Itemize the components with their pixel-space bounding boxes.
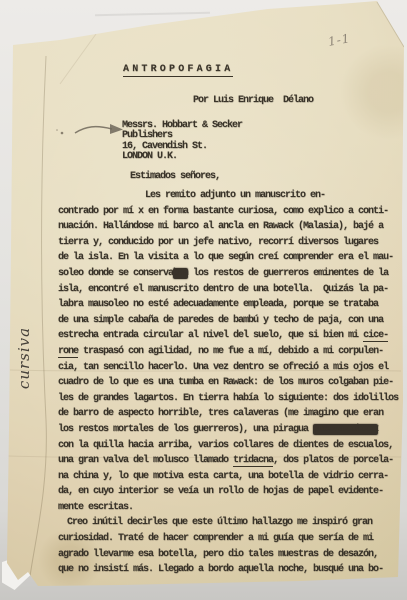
letter-line: agrado llevarme esa botella, pero dio ta…	[58, 547, 403, 563]
letter-line: tierra y, conducido por un jefe nativo, …	[58, 235, 403, 251]
letter-page: 1-1 ANTROPOFAGIA Por Luis Enrique Délano…	[0, 0, 407, 600]
letter-line: na china y, lo que motiva esta carta, un…	[58, 469, 403, 485]
text-segment: los restos de guerreros eminentes de la	[188, 268, 388, 279]
text-segment: de una simple cabaña de paredes de bambú…	[58, 315, 383, 326]
text-segment: cuadro de lo que es una tumba en Rawack:…	[58, 377, 393, 388]
letter-line: Creo inútil decirles que este último hal…	[58, 515, 403, 531]
scan-artifact-line	[95, 12, 210, 16]
text-segment: tierra y, conducido por un jefe nativo, …	[58, 237, 378, 248]
underlined-word: rone	[58, 346, 78, 358]
text-segment: nuación. Hallándose mi barco al ancla en…	[58, 221, 383, 232]
text-segment: na china y, lo que motiva esta carta, un…	[58, 471, 388, 482]
letter-line: estrecha entrada circular al nivel del s…	[58, 328, 403, 344]
text-segment: de la isla. En la visita a lo que según …	[58, 252, 393, 263]
letter-line: da, en cuyo interior se veía un rollo de…	[58, 484, 403, 500]
text-segment: les de grandes lagartos. En tierra había…	[58, 393, 398, 404]
inked-out-word: puestaxxdxxxx	[313, 424, 378, 435]
text-segment: traspasó con agilidad, no me fue a mí, d…	[78, 346, 383, 357]
underlined-word: tridacna	[233, 455, 273, 467]
margin-note-cursiva: cursiva	[15, 310, 33, 406]
letter-line: una gran valva del molusco llamado trida…	[58, 453, 403, 469]
letter-line: les de grandes lagartos. En tierra había…	[58, 391, 403, 407]
text-segment: curiosidad. Traté de hacer comprender a …	[58, 533, 373, 544]
letter-line: soleo donde se conservaban los restos de…	[58, 266, 403, 282]
letter-line: con la quilla hacia arriba, varios colla…	[58, 438, 403, 454]
text-segment: con la quilla hacia arriba, varios colla…	[58, 440, 393, 451]
letter-line: Les remito adjunto un manuscrito en-	[58, 188, 403, 204]
text-segment: Creo inútil decirles que este último hal…	[67, 517, 372, 528]
text-segment: Les remito adjunto un manuscrito en-	[145, 190, 325, 201]
letter-line: de la isla. En la visita a lo que según …	[58, 250, 403, 266]
recipient-address: Messrs. Hobbart & SeckerPublishers16, Ca…	[122, 121, 242, 163]
letter-line: que no insistí más. Llegado a bordo aque…	[58, 562, 403, 578]
text-segment: labra mausoleo no esté adecuadamente emp…	[58, 299, 378, 310]
letter-line: los restos mortales de los guerreros), u…	[58, 422, 403, 438]
text-segment: cia, tan sencillo hacerlo. Una vez dentr…	[58, 362, 388, 373]
letter-body: Les remito adjunto un manuscrito en-cont…	[58, 188, 403, 578]
letter-title: ANTROPOFAGIA	[123, 64, 233, 77]
letter-line: rone traspasó con agilidad, no me fue a …	[58, 344, 403, 360]
letter-line: cia, tan sencillo hacerlo. Una vez dentr…	[58, 360, 403, 376]
text-segment: los restos mortales de los guerreros), u…	[58, 424, 313, 435]
inked-out-word: ban	[173, 268, 188, 279]
text-segment: soleo donde se conserva	[58, 268, 173, 279]
text-segment: da, en cuyo interior se veía un rollo de…	[58, 486, 383, 497]
text-segment: estrecha entrada circular al nivel del s…	[58, 330, 363, 341]
pencil-arrow-icon	[74, 121, 124, 137]
letter-line: cuadro de lo que es una tumba en Rawack:…	[58, 375, 403, 391]
address-line: LONDON U.K.	[122, 152, 242, 162]
text-segment: isla, encontré el manuscrito dentro de u…	[58, 284, 388, 295]
text-segment: de barro de aspecto horrible, tres calav…	[58, 408, 383, 419]
text-segment: mente escritas.	[58, 502, 133, 513]
text-segment: que no insistí más. Llegado a bordo aque…	[58, 564, 383, 575]
letter-line: mente escritas.	[58, 500, 403, 516]
letter-line: contrado por mí x en forma bastante curi…	[58, 204, 403, 220]
pencil-page-number: 1-1	[327, 31, 351, 49]
text-segment: contrado por mí x en forma bastante curi…	[58, 206, 388, 217]
salutation: Estimados señores,	[130, 171, 220, 182]
text-segment: , dos platos de porcela-	[273, 455, 393, 466]
letter-line: nuación. Hallándose mi barco al ancla en…	[58, 219, 403, 235]
letter-line: isla, encontré el manuscrito dentro de u…	[58, 282, 403, 298]
letter-line: de barro de aspecto horrible, tres calav…	[58, 406, 403, 422]
text-segment: una gran valva del molusco llamado	[58, 455, 233, 466]
letter-byline: Por Luis Enrique Délano	[193, 95, 313, 106]
letter-line: labra mausoleo no esté adecuadamente emp…	[58, 297, 403, 313]
text-segment: agrado llevarme esa botella, pero dio ta…	[58, 549, 378, 560]
letter-line: curiosidad. Traté de hacer comprender a …	[58, 531, 403, 547]
letter-line: de una simple cabaña de paredes de bambú…	[58, 313, 403, 329]
underlined-word: cice-	[363, 330, 388, 342]
scanned-document: 1-1 ANTROPOFAGIA Por Luis Enrique Délano…	[0, 0, 407, 600]
